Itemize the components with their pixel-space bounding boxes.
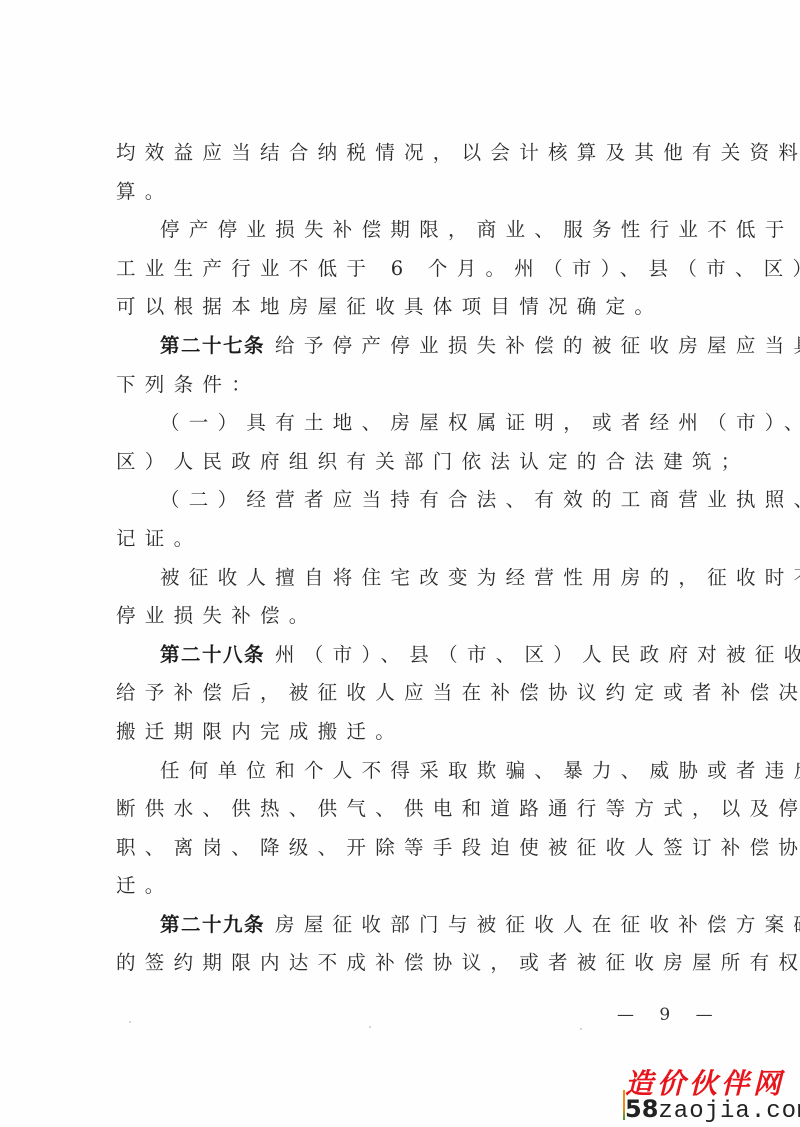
scan-speck [129, 1021, 131, 1023]
watermark-domain-text: zaojia.com [658, 1098, 800, 1125]
site-watermark: 造价伙伴网 58zaojia.com [625, 1062, 800, 1127]
scan-speck [580, 1028, 582, 1030]
paragraph-start: 被征收人擅自将住宅改变为经营性用房的，征收时不予停产 [116, 559, 702, 598]
text-line: 职、离岗、降级、开除等手段迫使被征收人签订补偿协议和搬 [116, 829, 702, 868]
document-body: 均效益应当结合纳税情况，以会计核算及其他有关资料为依据计 算。 停产停业损失补偿… [116, 134, 702, 983]
page-number: — 9 — [617, 1005, 723, 1025]
text-line: 断供水、供热、供气、供电和道路通行等方式，以及停薪、停 [116, 790, 702, 829]
article-29-heading: 第二十九条 [160, 913, 265, 936]
text-line: 下列条件： [116, 366, 702, 405]
watermark-domain: 58zaojia.com [625, 1095, 800, 1125]
article-27-text: 给予停产停业损失补偿的被征收房屋应当具备 [275, 334, 800, 357]
text-line: 停业损失补偿。 [116, 597, 702, 636]
text-line: 可以根据本地房屋征收具体项目情况确定。 [116, 288, 702, 327]
article-29-text: 房屋征收部门与被征收人在征收补偿方案确定 [275, 913, 800, 936]
text-line: 均效益应当结合纳税情况，以会计核算及其他有关资料为依据计 [116, 134, 702, 173]
list-item-1: （一）具有土地、房屋权属证明，或者经州（市）、县（市、 [116, 404, 702, 443]
article-28-text: 州（市）、县（市、区）人民政府对被征收人 [275, 643, 800, 666]
article-29-line: 第二十九条房屋征收部门与被征收人在征收补偿方案确定 [116, 906, 702, 945]
text-line: 工业生产行业不低于 6 个月。州（市）、县（市、区）人民政府 [116, 250, 702, 289]
text-line: 搬迁期限内完成搬迁。 [116, 713, 702, 752]
text-line: 的签约期限内达不成补偿协议，或者被征收房屋所有权人不明确 [116, 944, 702, 983]
scan-speck [369, 1026, 371, 1028]
text-line: 迁。 [116, 867, 702, 906]
text-line: 区）人民政府组织有关部门依法认定的合法建筑； [116, 443, 702, 482]
text-line: 记证。 [116, 520, 702, 559]
article-27-line: 第二十七条给予停产停业损失补偿的被征收房屋应当具备 [116, 327, 702, 366]
text-line: 给予补偿后，被征收人应当在补偿协议约定或者补偿决定确定的 [116, 674, 702, 713]
paragraph-start: 任何单位和个人不得采取欺骗、暴力、威胁或者违反规定中 [116, 752, 702, 791]
list-item-2: （二）经营者应当持有合法、有效的工商营业执照、税务登 [116, 481, 702, 520]
text-line: 算。 [116, 173, 702, 212]
document-page: 均效益应当结合纳税情况，以会计核算及其他有关资料为依据计 算。 停产停业损失补偿… [0, 0, 800, 1127]
paragraph-start: 停产停业损失补偿期限，商业、服务性行业不低于 3 个月， [116, 211, 702, 250]
watermark-domain-number: 58 [625, 1095, 658, 1123]
article-28-heading: 第二十八条 [160, 643, 265, 666]
article-28-line: 第二十八条州（市）、县（市、区）人民政府对被征收人 [116, 636, 702, 675]
article-27-heading: 第二十七条 [160, 334, 265, 357]
